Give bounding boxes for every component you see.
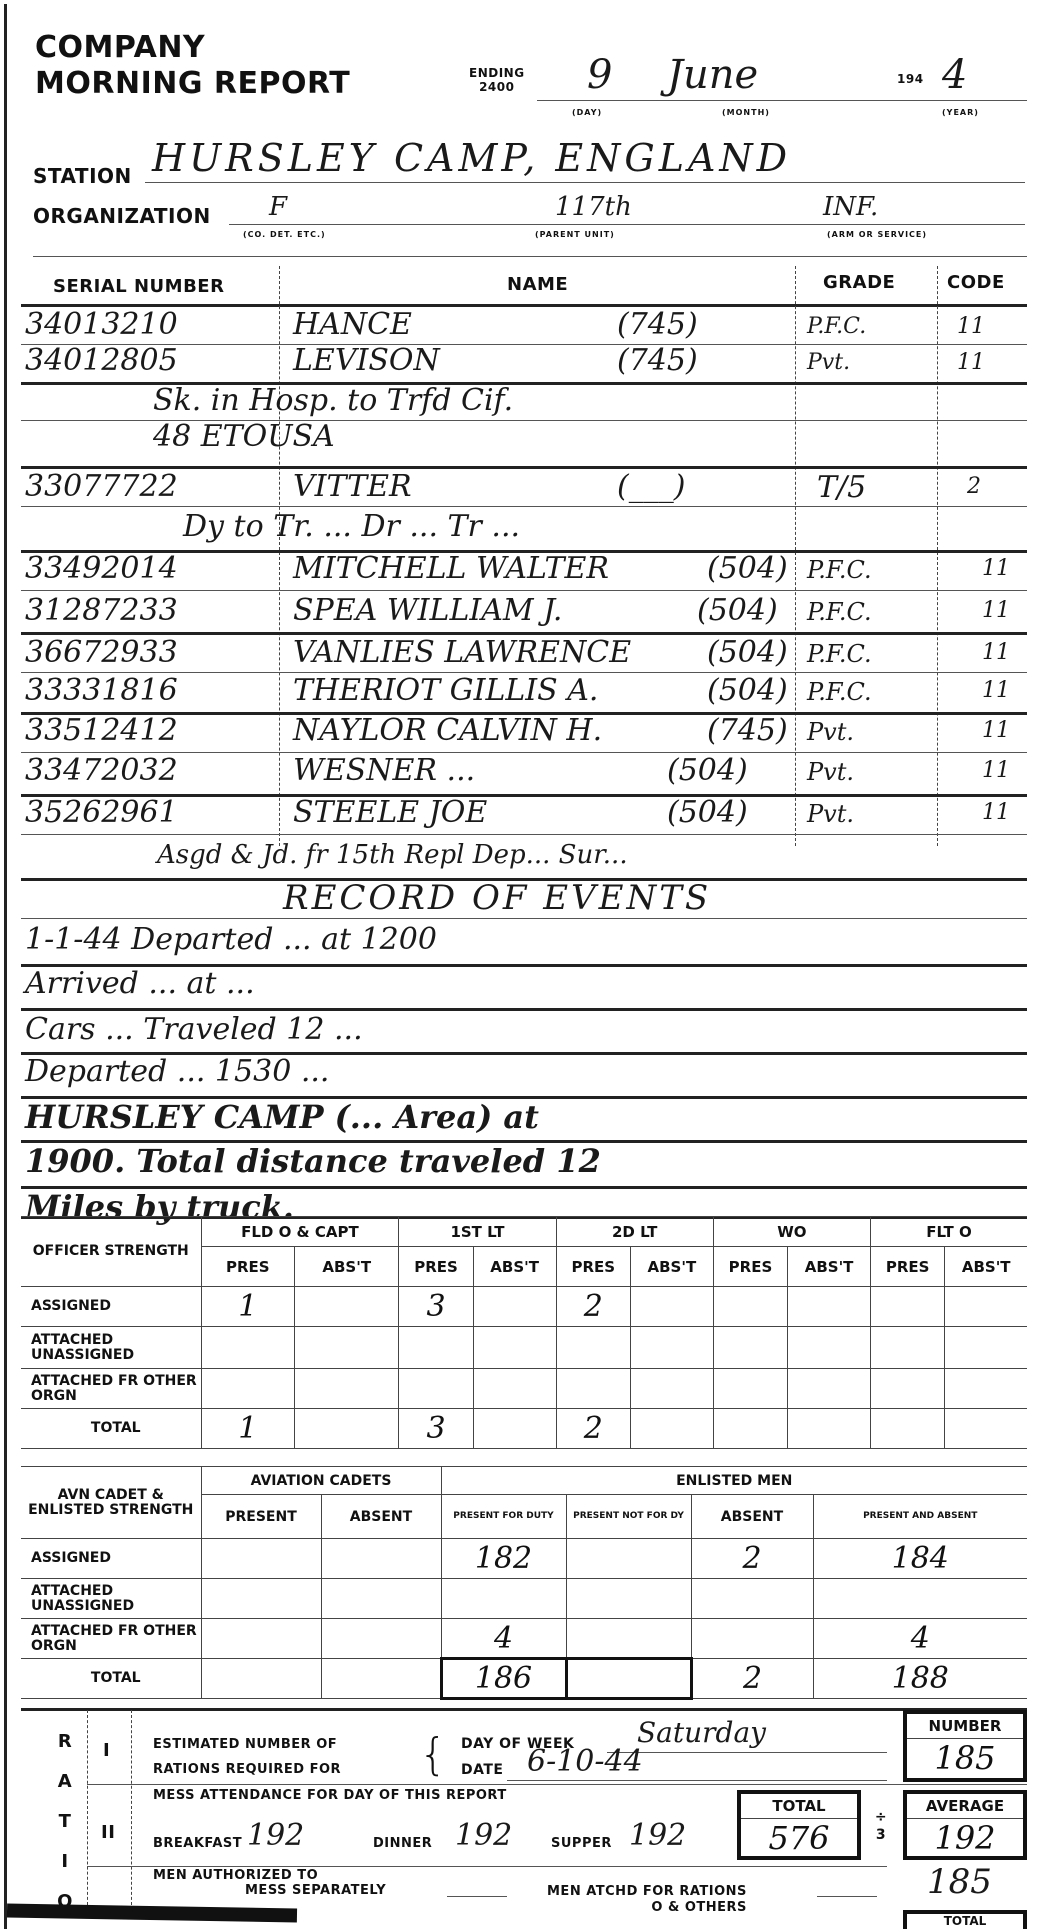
cell: 2 (556, 1409, 630, 1449)
cell (473, 1409, 556, 1449)
name-header: NAME (507, 274, 568, 295)
form-title: COMPANY MORNING REPORT (35, 30, 350, 102)
mos-code: (504) (707, 674, 788, 708)
cell (871, 1327, 945, 1369)
mos-code: (504) (697, 594, 778, 628)
subhead-abst: ABS'T (295, 1247, 399, 1287)
code-header: CODE (947, 272, 1005, 293)
subhead-absent: ABSENT (321, 1495, 441, 1539)
row-label: ATTACHED FR OTHER ORGN (21, 1619, 201, 1659)
enlisted-row-total: TOTAL 186 2 188 (21, 1659, 1027, 1699)
code: 11 (982, 678, 1010, 703)
cell (473, 1287, 556, 1327)
cell (295, 1409, 399, 1449)
brace-icon: { (419, 1730, 447, 1780)
mess-attendance-label: MESS ATTENDANCE FOR DAY OF THIS REPORT (153, 1788, 507, 1803)
cell (321, 1579, 441, 1619)
supper-label: SUPPER (551, 1836, 612, 1851)
cell (713, 1369, 787, 1409)
org-parent-caption: (PARENT UNIT) (535, 230, 615, 239)
enlisted-row-attached-unassigned: ATTACHED UNASSIGNED (21, 1579, 1027, 1619)
year-prefix: 194 (897, 72, 924, 86)
subhead-abst: ABS'T (788, 1247, 871, 1287)
code: 11 (982, 640, 1010, 665)
ending-label-line2: 2400 (469, 80, 525, 94)
subhead-abst: ABS'T (473, 1247, 556, 1287)
event-line: Cars ... Traveled 12 ... (25, 1012, 363, 1047)
group-1st-lt: 1ST LT (399, 1217, 556, 1247)
cell (556, 1369, 630, 1409)
cell (691, 1619, 813, 1659)
org-company-caption: (CO. DET. ETC.) (243, 230, 326, 239)
serial-number: 33077722 (25, 470, 178, 504)
rations-side-value: 185 (927, 1862, 992, 1902)
soldier-name: SPEA WILLIAM J. (293, 594, 562, 628)
code: 11 (982, 598, 1010, 623)
cell (788, 1409, 871, 1449)
grade: P.F.C. (807, 678, 872, 706)
cell (201, 1619, 321, 1659)
cell (201, 1369, 295, 1409)
cell: 4 (441, 1619, 566, 1659)
soldier-name: VITTER (293, 470, 412, 504)
group-fld-o-capt: FLD O & CAPT (201, 1217, 399, 1247)
soldier-name: NAYLOR CALVIN H. (293, 714, 602, 748)
subhead-pres: PRES (713, 1247, 787, 1287)
month-caption: (MONTH) (722, 108, 770, 117)
officer-strength-table: OFFICER STRENGTH FLD O & CAPT 1ST LT 2D … (21, 1216, 1027, 1449)
code: 11 (982, 800, 1010, 825)
section-i: I (103, 1740, 110, 1761)
event-line: HURSLEY CAMP (... Area) at (25, 1098, 539, 1136)
subhead-present: PRESENT (201, 1495, 321, 1539)
group-2d-lt: 2D LT (556, 1217, 713, 1247)
row-label: ASSIGNED (21, 1287, 201, 1327)
roster-note: Sk. in Hosp. to Trfd Cif. (153, 384, 513, 418)
grade: Pvt. (807, 350, 850, 375)
men-atchd-label: MEN ATCHD FOR RATIONS O & OTHERS (547, 1884, 747, 1916)
date-value: 6-10-44 (527, 1744, 643, 1779)
dinner-value: 192 (455, 1818, 512, 1853)
cell (321, 1619, 441, 1659)
officer-row-attached-unassigned: ATTACHED UNASSIGNED (21, 1327, 1027, 1369)
soldier-name: VANLIES LAWRENCE (293, 636, 631, 670)
subhead-pres: PRES (399, 1247, 473, 1287)
org-service-caption: (ARM OR SERVICE) (827, 230, 927, 239)
page-edge-shadow (7, 1903, 297, 1922)
subhead-pres: PRES (201, 1247, 295, 1287)
cell (813, 1579, 1027, 1619)
morning-report-form: COMPANY MORNING REPORT ENDING 2400 9 Jun… (4, 4, 1044, 1929)
cell (871, 1287, 945, 1327)
soldier-name: HANCE (293, 308, 412, 342)
total-box: TOTAL 576 (737, 1790, 861, 1860)
row-label: TOTAL (21, 1659, 201, 1699)
cell: 1 (201, 1287, 295, 1327)
cell (473, 1369, 556, 1409)
subhead-present-and-absent: PRESENT AND ABSENT (813, 1495, 1027, 1539)
ending-label-line1: ENDING (469, 66, 525, 80)
cell (441, 1579, 566, 1619)
grade: P.F.C. (807, 640, 872, 668)
authorized-line2: MESS SEPARATELY (153, 1883, 386, 1898)
title-line-1: COMPANY (35, 30, 350, 66)
cell (295, 1369, 399, 1409)
estimated-rations-label: ESTIMATED NUMBER OF RATIONS REQUIRED FOR (153, 1732, 341, 1782)
org-parent-unit: 117th (555, 192, 632, 222)
dinner-label: DINNER (373, 1836, 432, 1851)
code: 2 (967, 474, 981, 499)
organization-label: ORGANIZATION (33, 204, 211, 228)
cell (201, 1659, 321, 1699)
group-wo: WO (713, 1217, 870, 1247)
row-label: ATTACHED UNASSIGNED (21, 1579, 201, 1619)
serial-number: 34013210 (25, 308, 178, 342)
station-label: STATION (33, 164, 132, 188)
cell (630, 1327, 713, 1369)
cell (295, 1327, 399, 1369)
cell: 4 (813, 1619, 1027, 1659)
atchd-line2: O & OTHERS (547, 1900, 747, 1916)
row-label: ATTACHED FR OTHER ORGN (21, 1369, 201, 1409)
number-value: 185 (907, 1739, 1023, 1777)
average-value: 192 (907, 1819, 1023, 1857)
breakfast-value: 192 (247, 1818, 304, 1853)
cell (566, 1659, 691, 1699)
officer-row-total: TOTAL 1 3 2 (21, 1409, 1027, 1449)
average-box: AVERAGE 192 (903, 1790, 1027, 1860)
roster-note: Asgd & Jd. fr 15th Repl Dep... Sur... (157, 840, 628, 870)
cell (945, 1287, 1027, 1327)
cell (871, 1409, 945, 1449)
grade: T/5 (817, 470, 866, 505)
soldier-name: LEVISON (293, 344, 440, 378)
cell (945, 1409, 1027, 1449)
cell (945, 1327, 1027, 1369)
cell: 186 (441, 1659, 566, 1699)
soldier-name: WESNER ... (293, 754, 475, 788)
cell: 2 (691, 1659, 813, 1699)
cell (201, 1579, 321, 1619)
subhead-abst: ABS'T (945, 1247, 1027, 1287)
record-of-events-title: RECORD OF EVENTS (283, 878, 711, 918)
code: 11 (957, 314, 985, 339)
estimated-line2: RATIONS REQUIRED FOR (153, 1757, 341, 1782)
code: 11 (957, 350, 985, 375)
serial-number: 36672933 (25, 636, 178, 670)
cell: 188 (813, 1659, 1027, 1699)
cell (630, 1369, 713, 1409)
cell (691, 1579, 813, 1619)
cell: 2 (691, 1539, 813, 1579)
total-value: 576 (741, 1819, 857, 1857)
cell (713, 1409, 787, 1449)
mos-code: (___) (617, 470, 685, 504)
title-line-2: MORNING REPORT (35, 66, 350, 102)
side-letter: T (55, 1802, 75, 1842)
cell (630, 1287, 713, 1327)
cell (295, 1287, 399, 1327)
mos-code: (504) (667, 796, 748, 830)
enlisted-row-assigned: ASSIGNED 182 2 184 (21, 1539, 1027, 1579)
serial-number: 33512412 (25, 714, 178, 748)
year-caption: (YEAR) (942, 108, 979, 117)
row-label: ASSIGNED (21, 1539, 201, 1579)
subhead-pres: PRES (871, 1247, 945, 1287)
date-label: DATE (461, 1762, 503, 1778)
roster-note: 48 ETOUSA (153, 420, 335, 454)
org-company: F (269, 192, 287, 222)
enlisted-row-attached-other: ATTACHED FR OTHER ORGN 4 4 (21, 1619, 1027, 1659)
cell (399, 1369, 473, 1409)
number-box: NUMBER 185 (903, 1710, 1027, 1782)
cell (556, 1327, 630, 1369)
serial-number: 33492014 (25, 552, 178, 586)
serial-number: 33331816 (25, 674, 178, 708)
cell (945, 1369, 1027, 1409)
cell (399, 1327, 473, 1369)
code: 11 (982, 758, 1010, 783)
side-letter: I (55, 1842, 75, 1882)
month-value: June (667, 52, 758, 98)
officer-row-attached-other: ATTACHED FR OTHER ORGN (21, 1369, 1027, 1409)
soldier-name: THERIOT GILLIS A. (293, 674, 598, 708)
row-label: ATTACHED UNASSIGNED (21, 1327, 201, 1369)
cell (201, 1539, 321, 1579)
number-label: NUMBER (907, 1714, 1023, 1739)
subhead-present-not-for-duty: PRESENT NOT FOR DY (566, 1495, 691, 1539)
mos-code: (504) (707, 636, 788, 670)
supper-value: 192 (629, 1818, 686, 1853)
event-line: 1-1-44 Departed ... at 1200 (25, 922, 437, 957)
mos-code: (504) (667, 754, 748, 788)
enlisted-strength-label: AVN CADET & ENLISTED STRENGTH (21, 1467, 201, 1539)
event-line: Departed ... 1530 ... (25, 1054, 329, 1089)
event-line: Arrived ... at ... (25, 966, 255, 1001)
men-authorized-label: MEN AUTHORIZED TO MESS SEPARATELY (153, 1868, 386, 1898)
enlisted-strength-table: AVN CADET & ENLISTED STRENGTH AVIATION C… (21, 1466, 1027, 1700)
subhead-pres: PRES (556, 1247, 630, 1287)
serial-number: 33472032 (25, 754, 178, 788)
day-caption: (DAY) (572, 108, 602, 117)
roster-note: Dy to Tr. ... Dr ... Tr ... (183, 510, 520, 544)
cell (566, 1619, 691, 1659)
serial-number-header: SERIAL NUMBER (53, 276, 224, 297)
cell (321, 1539, 441, 1579)
cell: 2 (556, 1287, 630, 1327)
day-of-week-value: Saturday (637, 1716, 766, 1749)
soldier-name: STEELE JOE (293, 796, 487, 830)
ending-label: ENDING 2400 (469, 66, 525, 94)
mos-code: (745) (617, 344, 698, 378)
cell (566, 1539, 691, 1579)
cell (321, 1659, 441, 1699)
group-flt-o: FLT O (871, 1217, 1028, 1247)
estimated-line1: ESTIMATED NUMBER OF (153, 1732, 341, 1757)
section-ii: II (101, 1822, 115, 1843)
authorized-line1: MEN AUTHORIZED TO (153, 1868, 386, 1883)
bottom-total-box: TOTAL (903, 1910, 1027, 1929)
officer-strength-label: OFFICER STRENGTH (21, 1217, 201, 1287)
grade: P.F.C. (807, 314, 866, 339)
cell: 184 (813, 1539, 1027, 1579)
grade: Pvt. (807, 718, 854, 746)
serial-number: 35262961 (25, 796, 178, 830)
cell: 3 (399, 1409, 473, 1449)
station-value: HURSLEY CAMP, ENGLAND (152, 136, 791, 180)
cell (788, 1327, 871, 1369)
cell (713, 1287, 787, 1327)
year-value: 4 (942, 52, 967, 98)
cell: 182 (441, 1539, 566, 1579)
breakfast-label: BREAKFAST (153, 1836, 242, 1851)
grade-header: GRADE (823, 272, 895, 293)
grade: Pvt. (807, 758, 854, 786)
enlisted-men-group: ENLISTED MEN (441, 1467, 1027, 1495)
cell: 1 (201, 1409, 295, 1449)
org-service: INF. (823, 192, 878, 222)
subhead-present-for-duty: PRESENT FOR DUTY (441, 1495, 566, 1539)
serial-number: 31287233 (25, 594, 178, 628)
soldier-name: MITCHELL WALTER (293, 552, 609, 586)
day-value: 9 (587, 52, 612, 98)
total-label: TOTAL (741, 1794, 857, 1819)
cell (630, 1409, 713, 1449)
aviation-cadets-group: AVIATION CADETS (201, 1467, 441, 1495)
side-letter: A (55, 1762, 75, 1802)
subhead-enlisted-absent: ABSENT (691, 1495, 813, 1539)
grade: Pvt. (807, 800, 854, 828)
mos-code: (504) (707, 552, 788, 586)
cell (473, 1327, 556, 1369)
cell (201, 1327, 295, 1369)
serial-number: 34012805 (25, 344, 178, 378)
side-letter: R (55, 1722, 75, 1762)
divide-by-three-icon: ÷ 3 (869, 1808, 893, 1844)
mos-code: (745) (707, 714, 788, 748)
grade: P.F.C. (807, 556, 872, 584)
grade: P.F.C. (807, 598, 872, 626)
cell: 3 (399, 1287, 473, 1327)
cell (713, 1327, 787, 1369)
ration-side-label: R A T I O (55, 1722, 75, 1922)
average-label: AVERAGE (907, 1794, 1023, 1819)
row-label: TOTAL (21, 1409, 201, 1449)
event-line: 1900. Total distance traveled 12 (25, 1142, 601, 1180)
cell (871, 1369, 945, 1409)
cell (788, 1369, 871, 1409)
atchd-line1: MEN ATCHD FOR RATIONS (547, 1884, 747, 1900)
cell (788, 1287, 871, 1327)
subhead-abst: ABS'T (630, 1247, 713, 1287)
code: 11 (982, 556, 1010, 581)
cell (566, 1579, 691, 1619)
code: 11 (982, 718, 1010, 743)
mos-code: (745) (617, 308, 698, 342)
officer-row-assigned: ASSIGNED 1 3 2 (21, 1287, 1027, 1327)
